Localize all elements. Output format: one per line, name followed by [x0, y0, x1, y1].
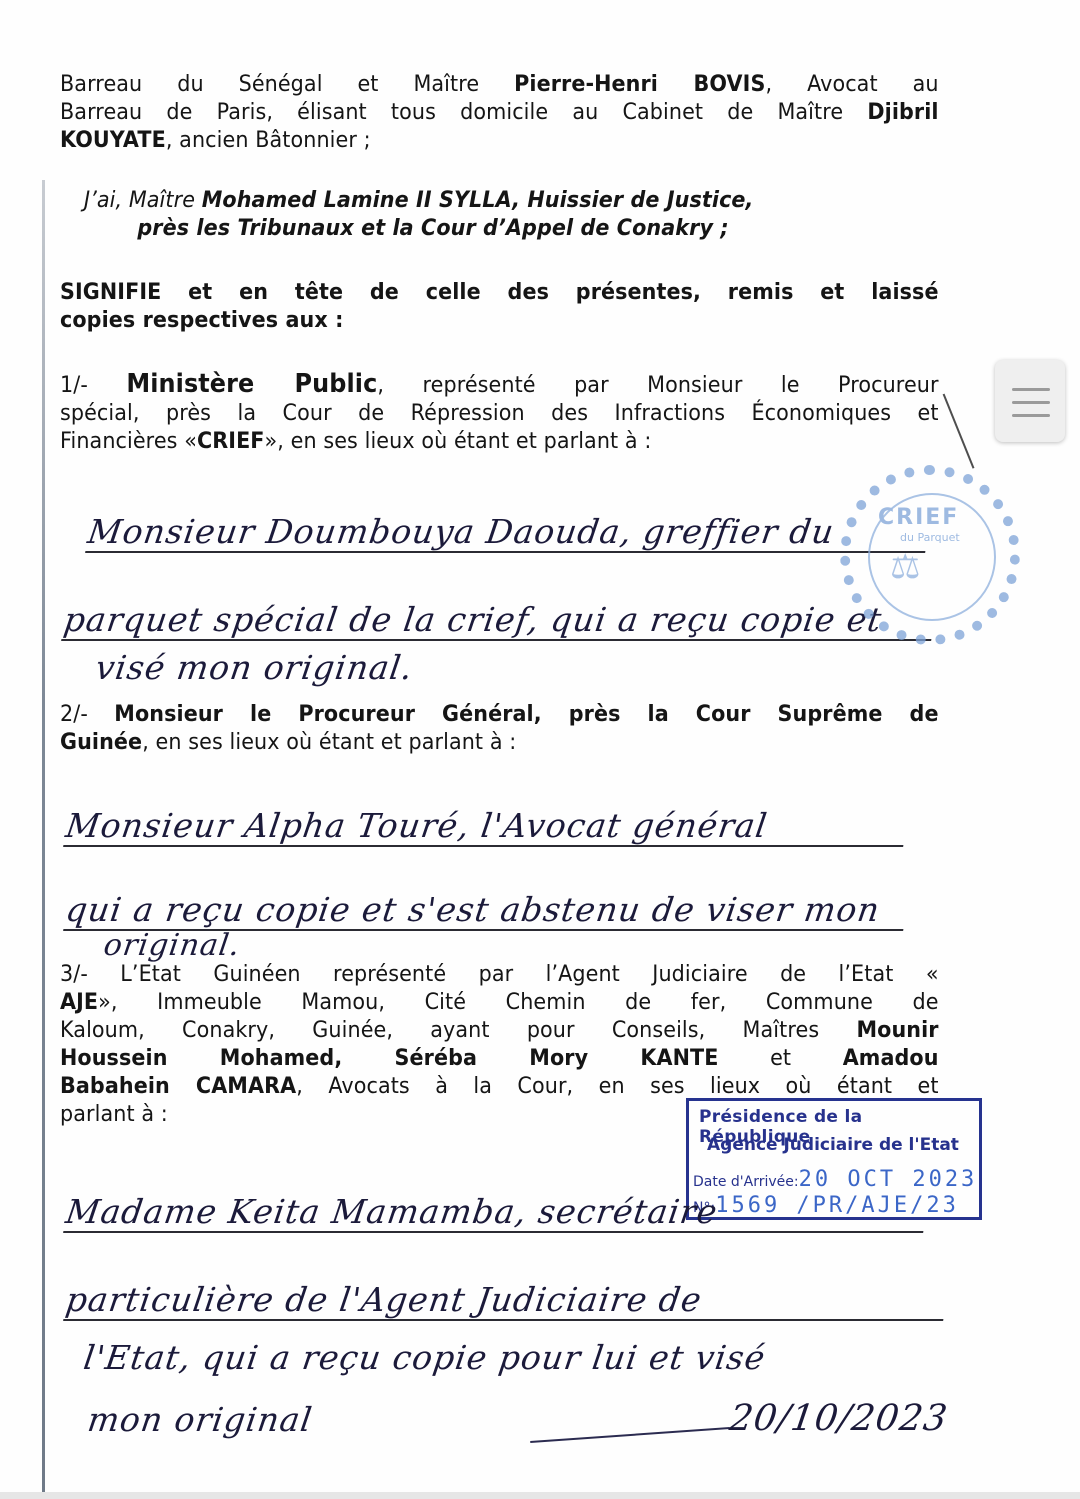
handwritten-recipient-3-line3: l'Etat, qui a reçu copie pour lui et vis…: [81, 1338, 768, 1377]
signifie-paragraph: SIGNIFIE et en tête de celle des présent…: [60, 278, 939, 334]
scales-of-justice-icon: ⚖: [890, 547, 920, 587]
scanned-document-page: Barreau du Sénégal et Maître Pierre-Henr…: [0, 0, 1080, 1492]
seal-subtitle: du Parquet: [900, 531, 960, 544]
stamp-date: Date d'Arrivée:20 OCT 2023: [693, 1167, 977, 1192]
menu-button[interactable]: [995, 360, 1065, 442]
handwritten-recipient-3-line2: particulière de l'Agent Judiciaire de: [63, 1280, 949, 1321]
handwritten-date: 20/10/2023: [727, 1398, 950, 1439]
handwritten-recipient-1-line3: visé mon original.: [93, 648, 415, 687]
stamp-line-2: Agence Judiciaire de l'Etat: [707, 1135, 959, 1155]
seal-title: CRIEF: [878, 505, 959, 530]
bottom-bar: [0, 1492, 1080, 1499]
handwritten-recipient-2-line1: Monsieur Alpha Touré, l'Avocat général: [63, 806, 909, 847]
hamburger-menu-icon-bar: [1012, 414, 1050, 417]
bailiff-statement: J’ai, Maître Mohamed Lamine II SYLLA, Hu…: [84, 186, 963, 242]
crief-seal: CRIEF du Parquet ⚖: [840, 465, 1020, 645]
handwritten-recipient-1-line1: Monsieur Doumbouya Daouda, greffier du: [85, 512, 931, 553]
handwritten-recipient-1-line2: parquet spécial de la crief, qui a reçu …: [61, 600, 937, 641]
hamburger-menu-icon-bar: [1012, 401, 1050, 404]
handwritten-recipient-2-line3: original.: [102, 928, 243, 963]
item-1-ministere-public: 1/- Ministère Public, représenté par Mon…: [60, 370, 939, 455]
hamburger-menu-icon: [1012, 388, 1050, 391]
signature-stroke: [530, 1427, 730, 1443]
page-margin-line: [42, 180, 45, 1492]
item-2-procureur-general: 2/- Monsieur le Procureur Général, près …: [60, 700, 939, 756]
handwritten-recipient-2-line2: qui a reçu copie et s'est abstenu de vis…: [63, 890, 909, 931]
handwritten-recipient-3-line1: Madame Keita Mamamba, secrétaire: [63, 1192, 929, 1233]
handwritten-recipient-3-line4: mon original: [85, 1400, 315, 1439]
intro-paragraph: Barreau du Sénégal et Maître Pierre-Henr…: [60, 70, 939, 154]
